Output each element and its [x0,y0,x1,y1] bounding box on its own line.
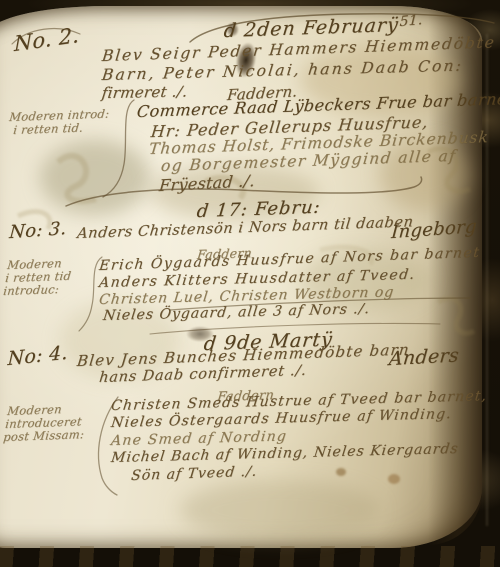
entry-3-child-name: Anders [388,344,460,370]
entry-2-margin-note-line: introduc: [3,282,60,298]
manuscript-photo: d 2den Februarÿ 51. No. 2. Blev Seigr Pe… [0,0,500,567]
entry-1-margin-note-line: i retten tid. [13,121,84,138]
paper-stain [40,140,150,215]
paper-stain [180,480,380,540]
rust-spot [336,468,346,476]
page-number: 51. [399,12,423,30]
rust-spot [388,474,400,484]
entry-3-margin-note-line: post Missam: [3,427,85,444]
entry-2-number: No: 3. [9,218,68,243]
book-bottom-edge [0,546,500,567]
entry-1-body-line: firmeret ./. [101,83,189,103]
